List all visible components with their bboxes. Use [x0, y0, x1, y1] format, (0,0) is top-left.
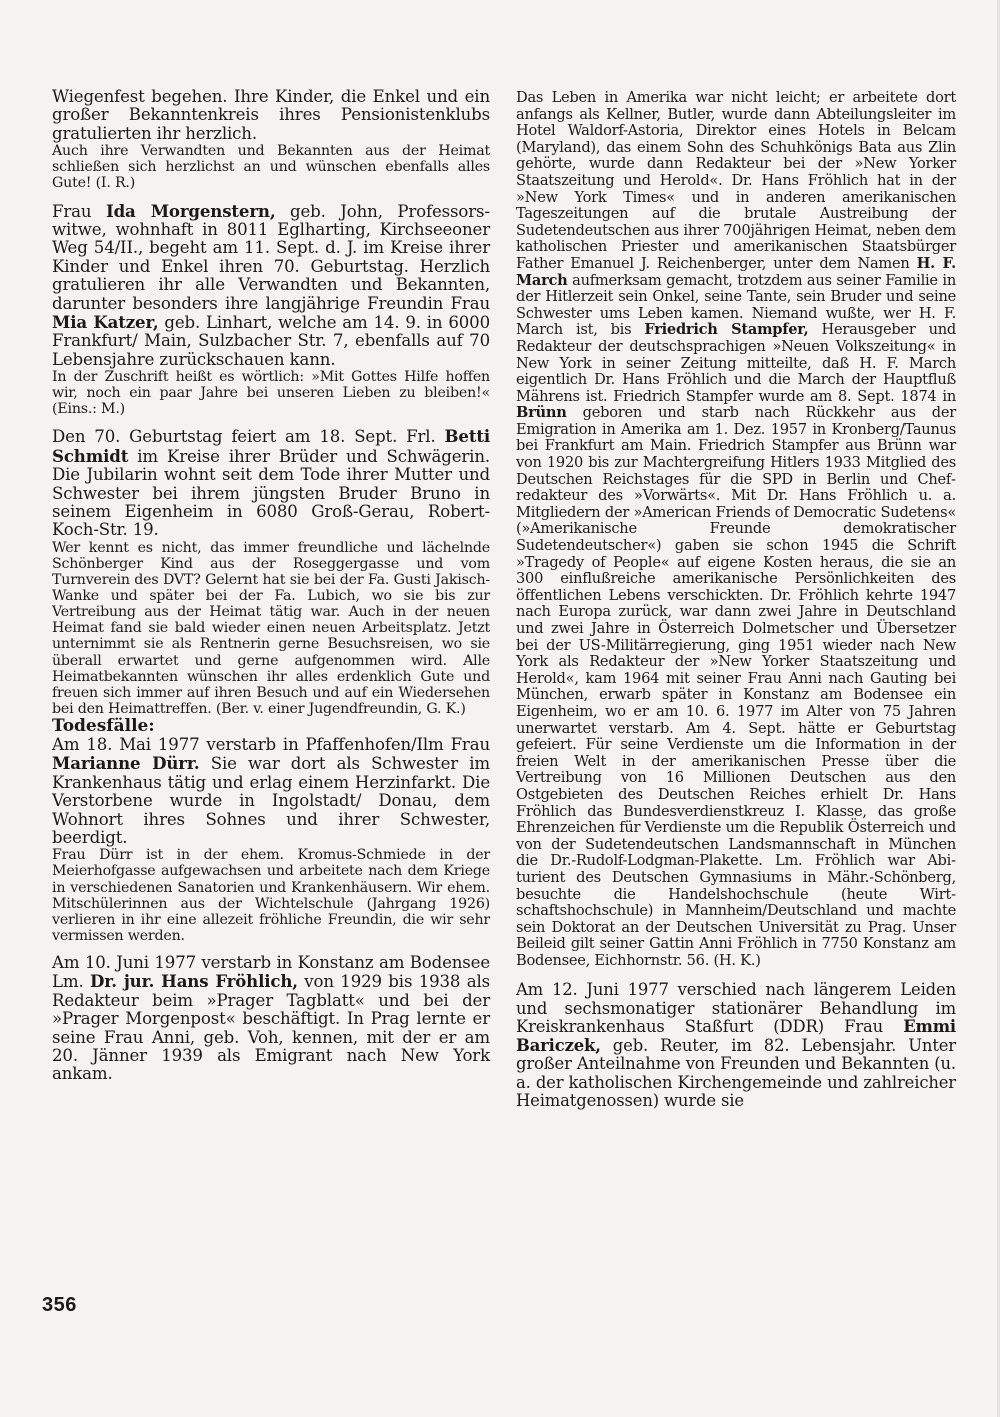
birthday-paragraph-schmidt: Den 70. Geburtstag feiert am 18. Sept. F… — [52, 427, 490, 539]
text-run: Frau — [52, 202, 106, 221]
obituary-froehlich-continued: Das Leben in Amerika war nicht leicht; e… — [516, 90, 956, 969]
obituary-paragraph-bariczek: Am 12. Juni 1977 verschied nach längerem… — [516, 981, 956, 1110]
person-name: Dr. jur. Hans Fröhlich, — [90, 971, 298, 991]
text-run: Den 70. Geburtstag feiert am 18. Sept. F… — [52, 427, 445, 446]
person-name: Ida Morgenstern, — [106, 201, 275, 221]
text-run: Das Leben in Amerika war nicht leicht; e… — [516, 89, 956, 272]
obituary-paragraph-duerr: Am 18. Mai 1977 verstarb in Pfaffenhofen… — [52, 736, 490, 847]
obituary-paragraph-froehlich: Am 10. Juni 1977 verstarb in Konstanz am… — [52, 954, 490, 1084]
page-number: 356 — [42, 1294, 77, 1317]
place-name: Brünn — [516, 404, 567, 421]
birthday-note: Wer kennt es nicht, das immer freundlich… — [52, 540, 490, 717]
obituary-note: Frau Dürr ist in der ehem. Kromus-Schmie… — [52, 847, 490, 944]
text-run: Am 18. Mai 1977 verstarb in Pfaffenhofen… — [52, 735, 490, 754]
person-name: Mia Katzer, — [52, 312, 158, 332]
birthday-paragraph-morgenstern: Frau Ida Morgenstern, geb. John, Profess… — [52, 202, 490, 370]
birthday-note: In der Zuschrift heißt es wörtlich: »Mit… — [52, 369, 490, 417]
person-name: Friedrich Stampfer, — [644, 321, 808, 338]
right-column: Das Leben in Amerika war nicht leicht; e… — [516, 90, 956, 1110]
birthday-paragraph-continued: Wiegenfest begehen. Ihre Kinder, die Enk… — [52, 88, 490, 143]
left-column: Wiegenfest begehen. Ihre Kinder, die Enk… — [52, 88, 490, 1084]
birthday-note: Auch ihre Verwandten und Bekannten aus d… — [52, 143, 490, 191]
person-name: Marianne Dürr. — [52, 753, 200, 773]
section-heading-deaths: Todesfälle: — [52, 717, 490, 736]
document-page: Wiegenfest begehen. Ihre Kinder, die Enk… — [0, 0, 1000, 1417]
text-run: geboren und starb nach Rückkehr aus der … — [516, 404, 956, 969]
text-run: Am 12. Juni 1977 verschied nach längerem… — [516, 980, 956, 1036]
